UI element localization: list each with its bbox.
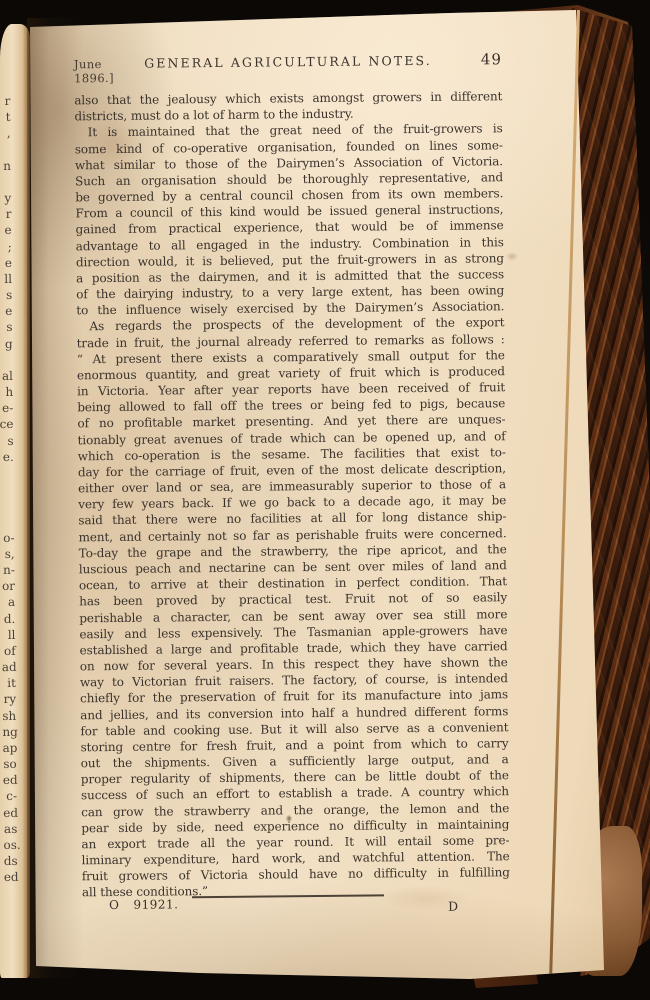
fragment-letter: e-	[0, 400, 13, 416]
fragment-letter: e	[0, 255, 12, 271]
fragment-letter: c-	[3, 788, 17, 804]
fragment-letter: r	[0, 206, 12, 222]
fragment-letter: s	[0, 433, 14, 449]
running-header: June 1896.] GENERAL AGRICULTURAL NOTES. …	[74, 50, 502, 85]
fragment-letter	[0, 497, 14, 513]
fragment-letter: s,	[1, 546, 15, 562]
fragment-letter: ap	[2, 740, 16, 756]
fragment-letter: it	[2, 675, 16, 691]
catchword: D	[448, 899, 458, 914]
fragment-letter: ad	[2, 659, 16, 675]
fragment-letter: ll	[1, 627, 15, 643]
fragment-letter: of	[2, 643, 16, 659]
fragment-letter	[0, 174, 11, 190]
fragment-letter: y	[0, 190, 11, 206]
fragment-letter: or	[1, 578, 15, 594]
fragment-letter	[4, 885, 18, 901]
header-date: June 1896.]	[74, 57, 144, 86]
fragment-letter: a	[1, 594, 15, 610]
printed-page-content: rt,nyre;ellsesgalhe-cese.o-s,n-orad.llof…	[0, 0, 650, 1000]
page-title: GENERAL AGRICULTURAL NOTES.	[144, 53, 432, 71]
fragment-letter: os.	[3, 837, 17, 853]
fragment-letter: sh	[2, 707, 16, 723]
signature-letter: O	[109, 898, 119, 912]
fragment-letter: n-	[1, 562, 15, 578]
fragment-letter: ce	[0, 416, 14, 432]
fragment-letter: s	[0, 319, 13, 335]
fragment-letter	[0, 465, 14, 481]
fragment-letter: ;	[0, 238, 12, 254]
fragment-letter: g	[0, 336, 13, 352]
book-photograph: rt,nyre;ellsesgalhe-cese.o-s,n-orad.llof…	[0, 0, 650, 1000]
fragment-letter: ed	[4, 869, 18, 885]
fragment-letter: ed	[3, 804, 17, 820]
fragment-letter: h	[0, 384, 13, 400]
fragment-letter: al	[0, 368, 13, 384]
fragment-letter: ng	[2, 724, 16, 740]
fragment-letter: e	[0, 303, 12, 319]
fragment-letter: e	[0, 222, 12, 238]
fragment-letter: ry	[2, 691, 16, 707]
fragment-letter	[0, 513, 14, 529]
fragment-letter: ,	[0, 125, 11, 141]
fragment-letter: r	[0, 93, 10, 109]
fragment-letter: ll	[0, 271, 12, 287]
fragment-letter: s	[0, 287, 12, 303]
fragment-letter: o-	[0, 530, 14, 546]
fragment-letter: n	[0, 158, 11, 174]
page-number: 49	[481, 50, 502, 68]
fragment-letter: d.	[1, 610, 15, 626]
fragment-letter	[0, 141, 11, 157]
fragment-letter: t	[0, 109, 11, 125]
body-text: also that the jealousy which exists amon…	[74, 88, 510, 901]
facing-page-text-fragments: rt,nyre;ellsesgalhe-cese.o-s,n-orad.llof…	[0, 93, 18, 902]
fragment-letter	[0, 481, 14, 497]
fragment-letter	[0, 352, 13, 368]
fragment-letter: ed	[3, 772, 17, 788]
fragment-letter: e.	[0, 449, 14, 465]
fragment-letter: ds	[4, 853, 18, 869]
signature-number: 91921.	[133, 897, 178, 911]
fragment-letter: as	[3, 821, 17, 837]
fragment-letter: so	[3, 756, 17, 772]
signature-mark: O 91921.	[109, 897, 178, 912]
